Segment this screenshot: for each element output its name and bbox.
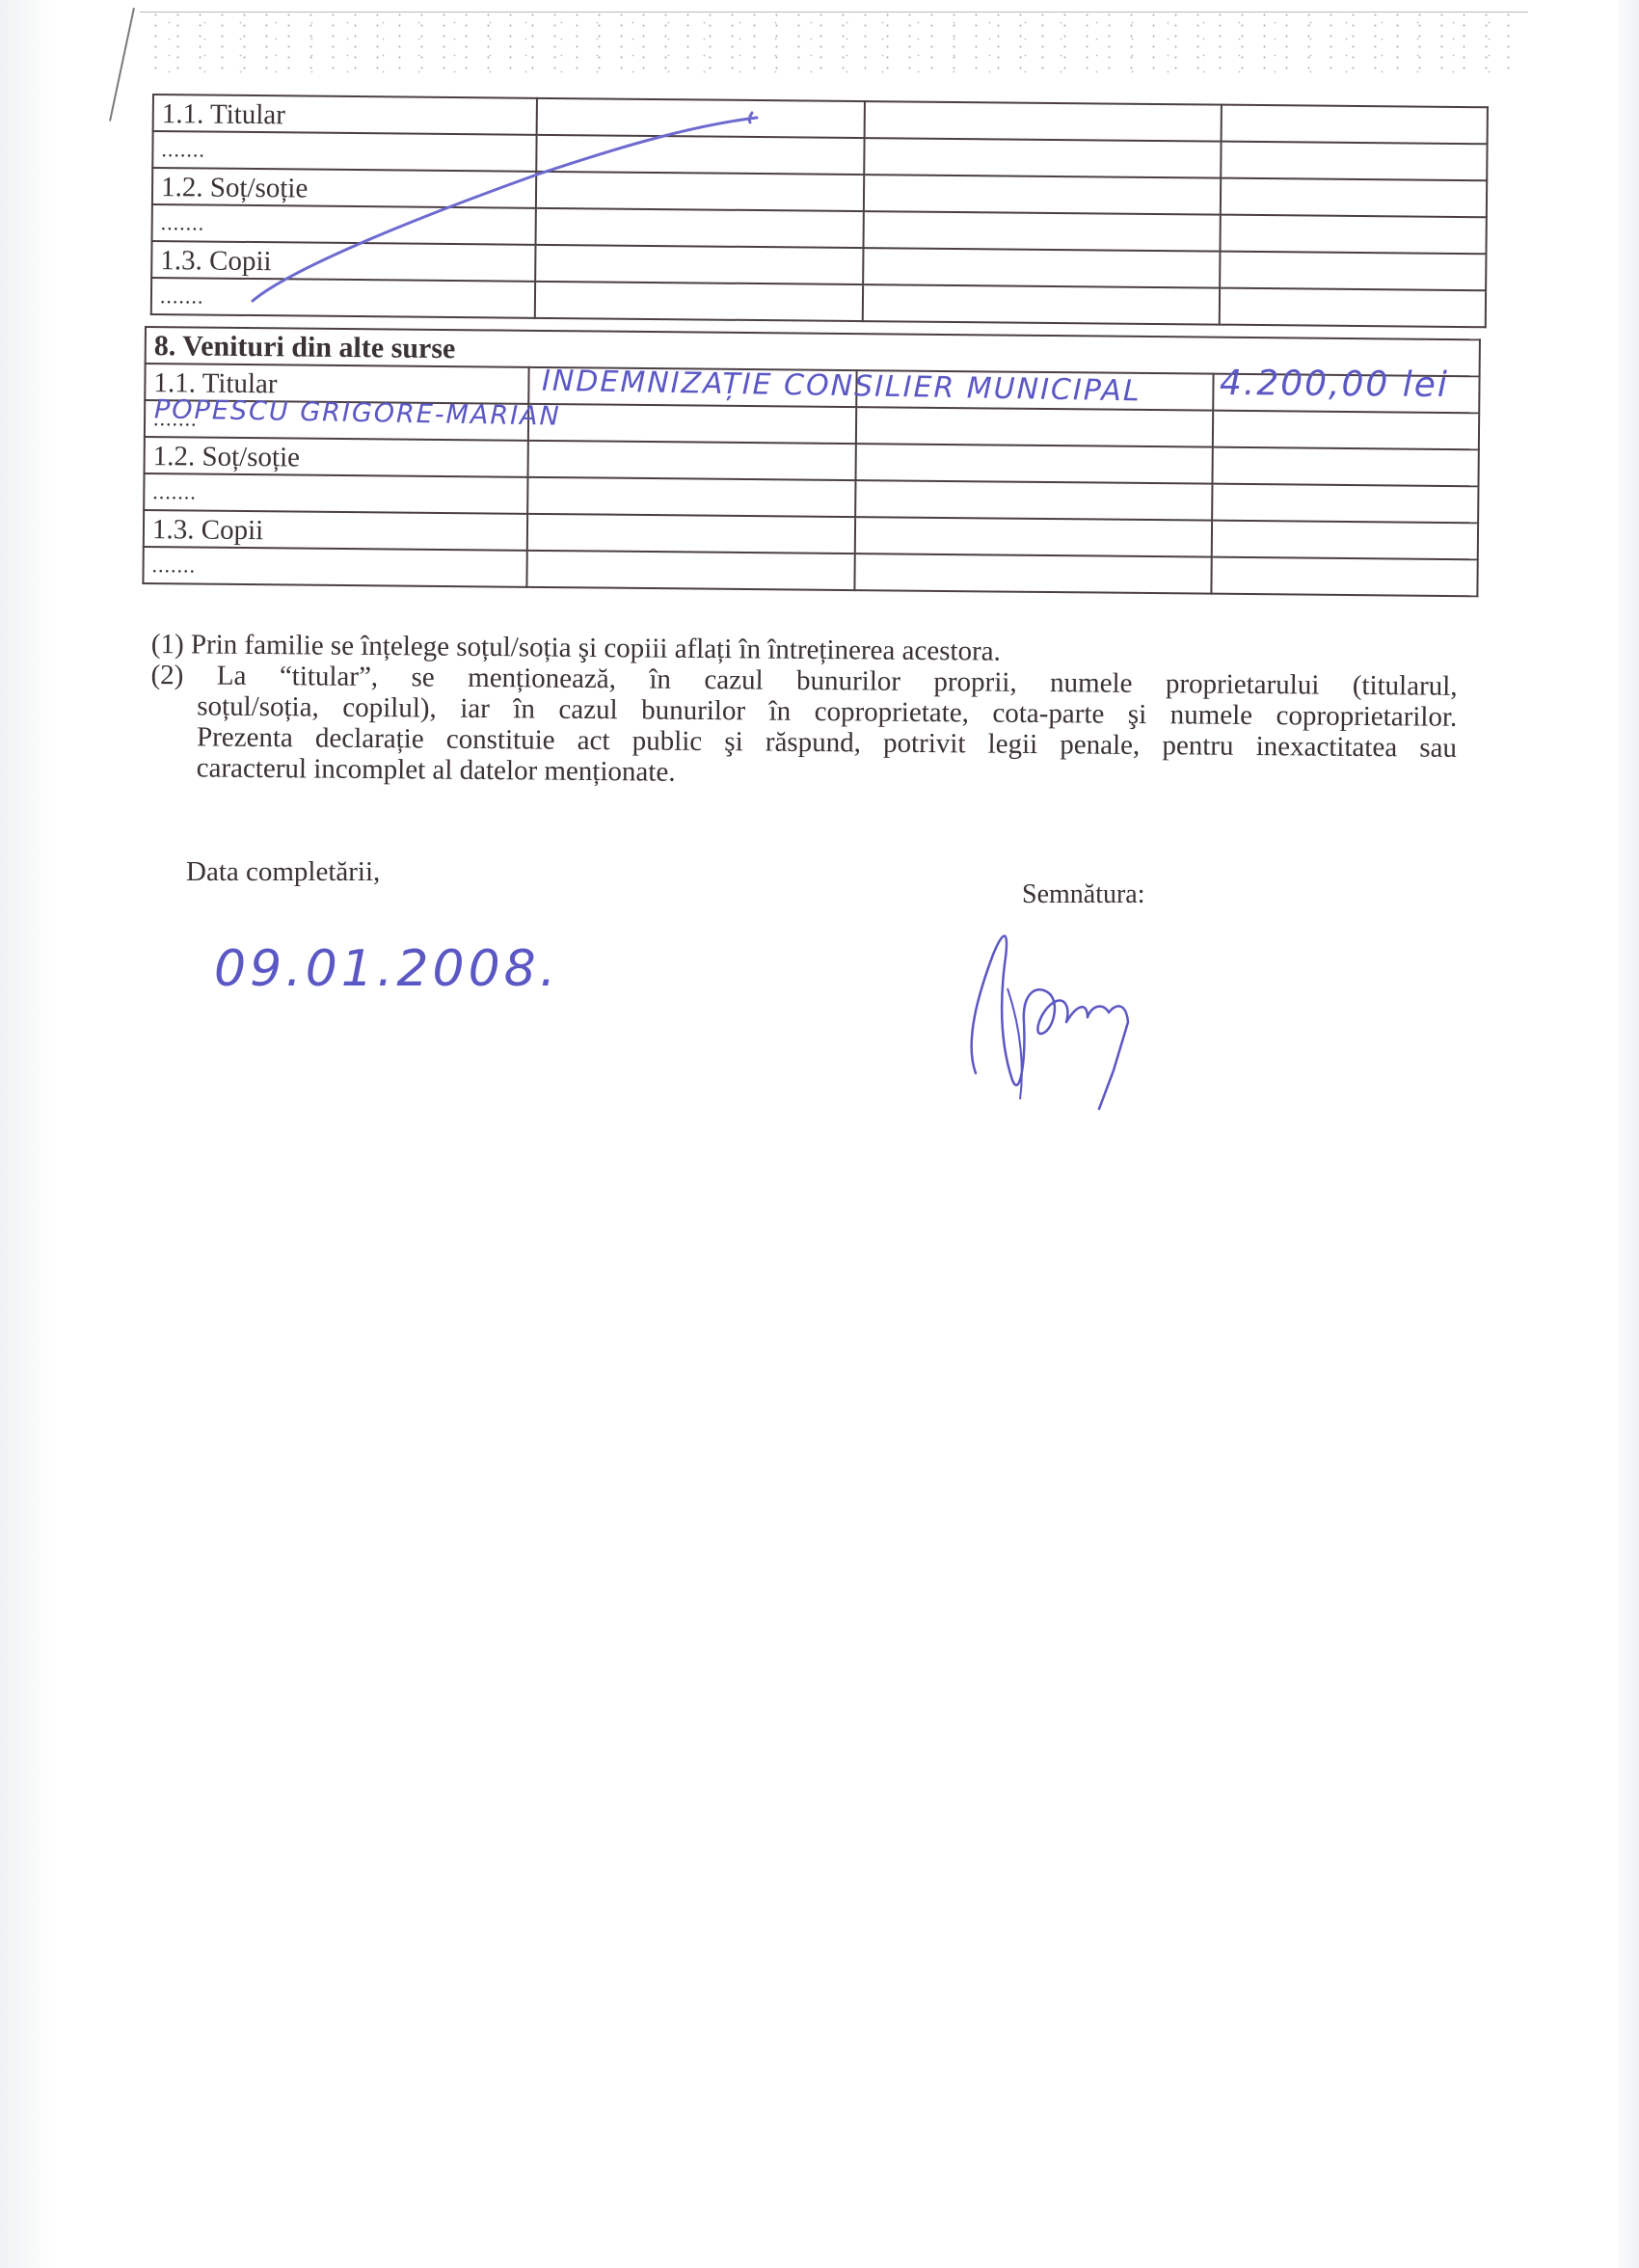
cell — [1213, 411, 1479, 450]
scan-edge-left — [0, 0, 58, 2268]
cell — [1212, 484, 1478, 524]
row-label: ....... — [144, 473, 527, 514]
cell — [855, 517, 1212, 557]
cell — [1222, 105, 1488, 145]
footnotes: (1) Prin familie se înțelege soțul/soția… — [150, 629, 1458, 795]
cell — [863, 248, 1220, 288]
cell — [863, 211, 1220, 252]
cell — [1212, 447, 1478, 487]
row-label: 1.3. Copii — [144, 510, 527, 551]
cell — [528, 404, 856, 444]
cell — [854, 553, 1211, 594]
cell — [528, 441, 856, 480]
cell — [1221, 178, 1487, 218]
fold-line — [109, 8, 135, 121]
cell — [1212, 521, 1478, 560]
cell — [536, 135, 864, 175]
cell — [855, 480, 1212, 521]
cell — [537, 98, 865, 138]
handwritten-income-amount: 4.200,00 lei — [1220, 364, 1449, 405]
cell — [527, 477, 855, 517]
cell — [1220, 215, 1486, 255]
cell — [535, 245, 863, 284]
row-label: ....... — [143, 547, 526, 587]
row-label: 1.2. Soț/soție — [152, 168, 536, 208]
cell — [1221, 142, 1487, 181]
row-label: ....... — [152, 204, 536, 245]
cell — [535, 282, 863, 321]
cell — [527, 514, 855, 553]
cell — [1211, 557, 1477, 597]
cell — [1220, 288, 1486, 328]
cell — [526, 551, 854, 590]
handwritten-completion-date: 09.01.2008. — [214, 940, 559, 998]
signature-label: Semnătura: — [1022, 879, 1145, 910]
cell — [865, 101, 1222, 142]
cell — [855, 444, 1212, 484]
cell — [1220, 252, 1486, 291]
cell — [863, 284, 1220, 325]
row-label: 1.3. Copii — [151, 241, 535, 282]
cell — [864, 138, 1221, 178]
scan-noise — [145, 10, 1523, 77]
cell — [536, 208, 864, 248]
previous-section-table: 1.1. Titular ....... 1.2. Soț/soție ....… — [150, 94, 1489, 328]
cell — [536, 172, 864, 211]
row-label: 1.1. Titular — [153, 94, 537, 135]
completion-date-label: Data completării, — [186, 856, 380, 888]
row-label: ....... — [151, 278, 535, 318]
cell — [856, 407, 1213, 447]
scan-edge-right — [1618, 0, 1639, 2268]
signature-icon — [972, 936, 1128, 1109]
row-label: ....... — [152, 131, 536, 172]
cell — [864, 175, 1221, 215]
row-label: 1.2. Soț/soție — [145, 437, 528, 477]
